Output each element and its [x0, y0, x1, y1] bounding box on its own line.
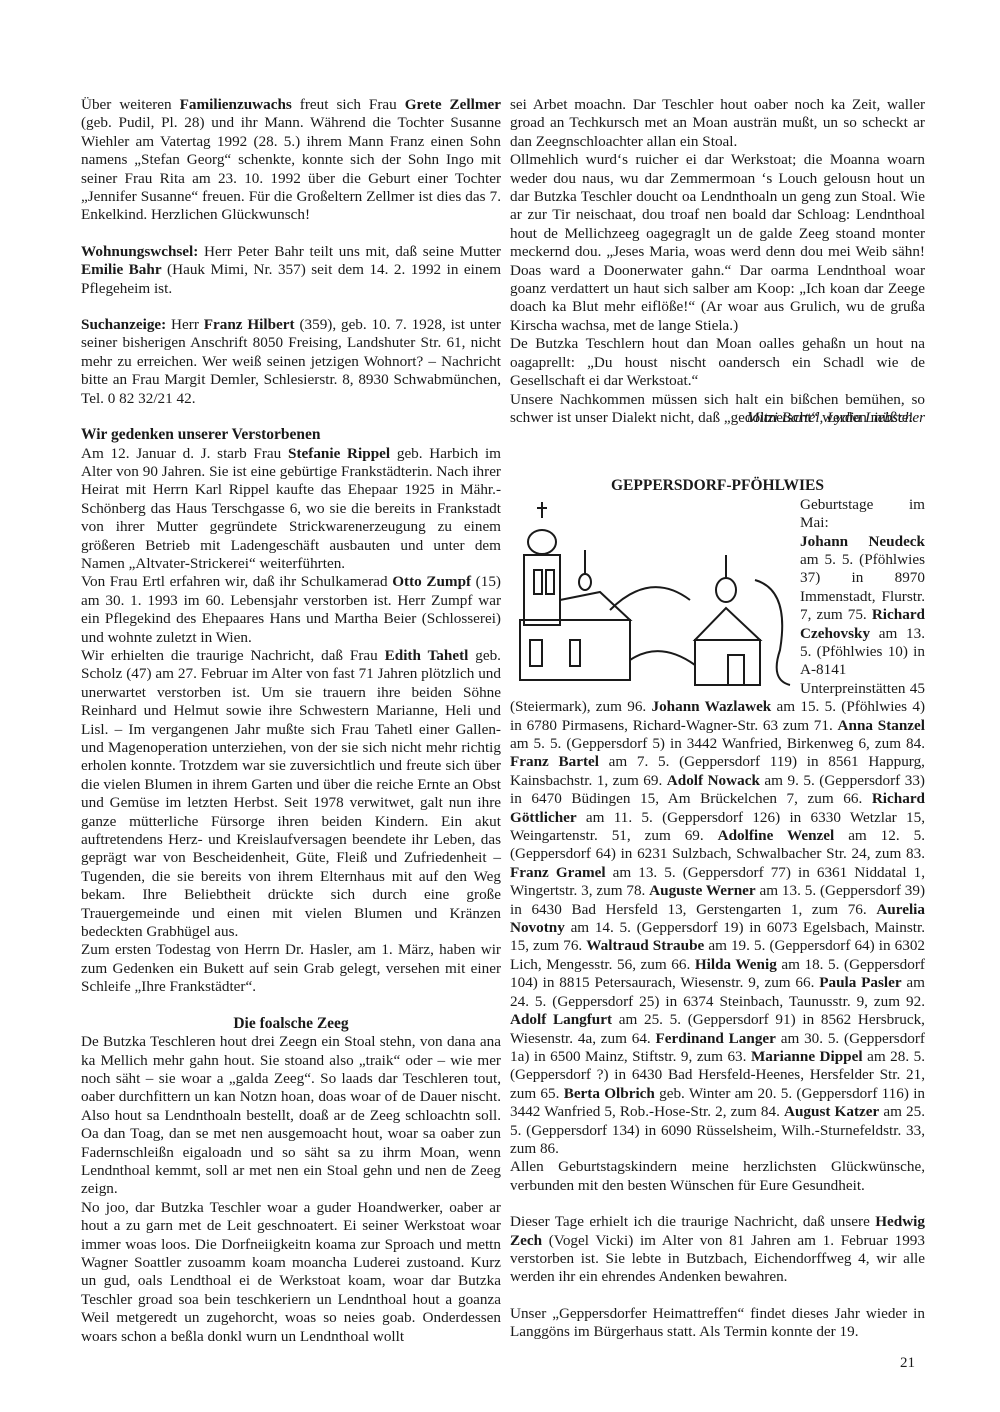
story-heading: Die foalsche Zeeg	[81, 1015, 501, 1033]
meeting-announcement: Unser „Geppersdorfer Heimattreffen“ find…	[510, 1305, 925, 1342]
memorial-hasler: Zum ersten Todestag von Herrn Dr. Hasler…	[81, 941, 501, 996]
story-paragraph-1: De Butzka Teschleren hout drei Zeegn ein…	[81, 1033, 501, 1199]
right-column: sei Arbet moachn. Dar Teschler hout oabe…	[510, 96, 925, 1342]
left-column: Über weiteren Familienzuwachs freut sich…	[81, 96, 501, 1346]
church-icon	[510, 500, 792, 690]
obituary-zech: Dieser Tage erhielt ich die traurige Nac…	[510, 1213, 925, 1287]
section-title: GEPPERSDORF-PFÖHLWIES	[510, 477, 925, 495]
search-notice-paragraph: Suchanzeige: Herr Franz Hilbert (359), g…	[81, 316, 501, 408]
church-illustration	[510, 500, 792, 690]
obituary-tahetl: Wir erhielten die traurige Nachricht, da…	[81, 647, 501, 942]
story-paragraph-5: De Butzka Teschlern hout dan Moan oalles…	[510, 335, 925, 390]
obituary-zumpf: Von Frau Ertl erfahren wir, daß ihr Schu…	[81, 573, 501, 647]
story-paragraph-4: Ollmehlich wurd‘s ruicher ei dar Werksto…	[510, 151, 925, 335]
deceased-heading: Wir gedenken unserer Verstorbenen	[81, 426, 501, 444]
story-paragraph-2: No joo, dar Butzka Teschler woar a guder…	[81, 1199, 501, 1346]
family-news-paragraph: Über weiteren Familienzuwachs freut sich…	[81, 96, 501, 225]
story-paragraph-3: sei Arbet moachn. Dar Teschler hout oabe…	[510, 96, 925, 151]
obituary-rippel: Am 12. Januar d. J. starb Frau Stefanie …	[81, 445, 501, 574]
birthday-wishes: Allen Geburtstagskindern meine herzlichs…	[510, 1158, 925, 1195]
page-number: 21	[900, 1355, 915, 1372]
address-change-paragraph: Wohnungswchsel: Herr Peter Bahr teilt un…	[81, 243, 501, 298]
